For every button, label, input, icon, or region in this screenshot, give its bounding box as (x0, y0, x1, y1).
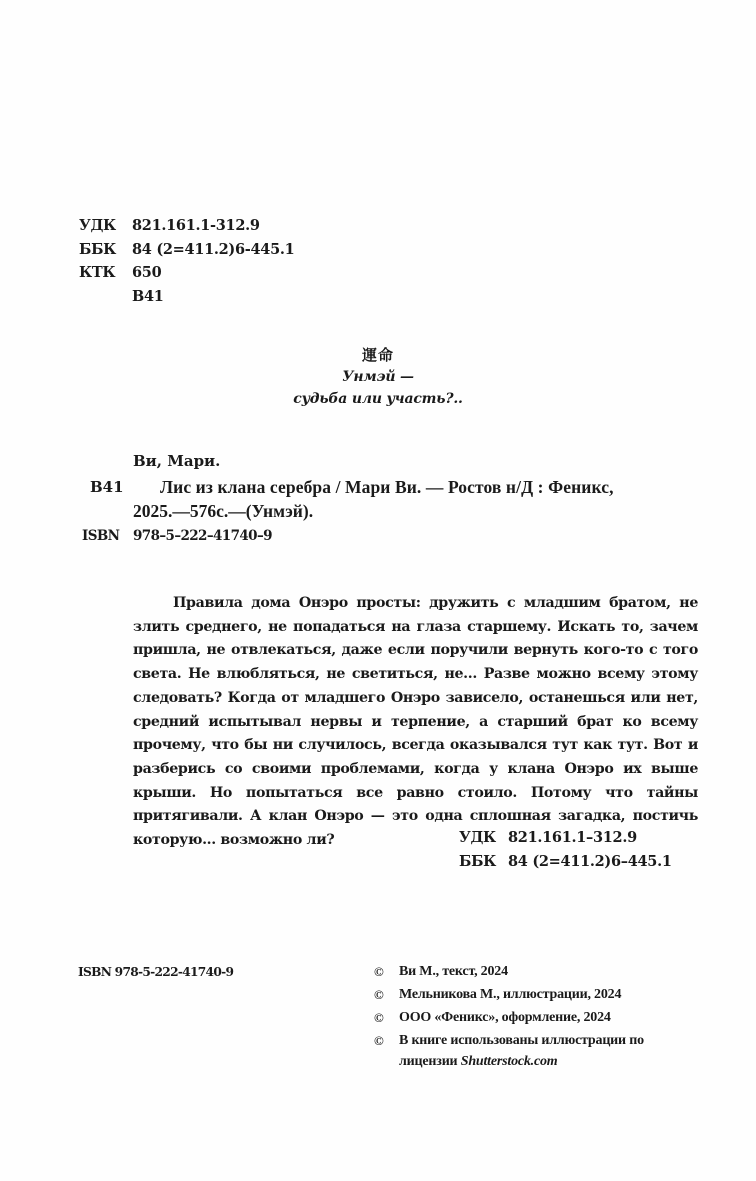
annotation-paragraph: Правила дома Онэро просты: дружить с мла… (133, 592, 698, 853)
bib-author-code: В41 (90, 476, 124, 498)
bbk-row: ББК 84 (2=411.2)6-445.1 (79, 238, 294, 262)
author-mark-row: В41 (79, 285, 294, 309)
series-name: Унмэй — (0, 366, 756, 388)
udk-row-bottom: УДК 821.161.1–312.9 (459, 826, 672, 850)
copyright-item-design: © ООО «Феникс», оформление, 2024 (374, 1007, 704, 1028)
bbk-label: ББК (79, 238, 132, 262)
copyright-text: Мельникова М., иллюстрации, 2024 (399, 984, 704, 1005)
copyright-item-illustrations: © Мельникова М., иллюстрации, 2024 (374, 984, 704, 1005)
copyright-list: © Ви М., текст, 2024 © Мельникова М., ил… (374, 961, 704, 1074)
ktk-row: КТК 650 (79, 261, 294, 285)
license-source: Shutterstock.com (461, 1054, 558, 1069)
copyright-item-text: © Ви М., текст, 2024 (374, 961, 704, 982)
bbk-value-bottom: 84 (2=411.2)6–445.1 (508, 850, 672, 874)
ktk-label: КТК (79, 261, 132, 285)
bbk-row-bottom: ББК 84 (2=411.2)6–445.1 (459, 850, 672, 874)
udk-label-bottom: УДК (459, 826, 508, 850)
bottom-isbn: ISBN 978-5-222-41740-9 (78, 962, 233, 982)
series-kanji: 運命 (0, 344, 756, 366)
bib-title-line: Лис из клана серебра / Мари Ви. — Ростов… (160, 476, 614, 498)
copyright-icon: © (374, 961, 399, 982)
copyright-icon: © (374, 1030, 399, 1072)
bib-author: Ви, Мари. (133, 450, 220, 472)
series-subtitle: судьба или участь?.. (0, 388, 756, 410)
isbn-value: 978–5–222–41740–9 (133, 528, 272, 544)
classification-block-top: УДК 821.161.1-312.9 ББК 84 (2=411.2)6-44… (79, 214, 294, 308)
copyright-icon: © (374, 1007, 399, 1028)
udk-value-bottom: 821.161.1–312.9 (508, 826, 637, 850)
copyright-text: ООО «Феникс», оформление, 2024 (399, 1007, 704, 1028)
bib-imprint-line: 2025.—576с.—(Унмэй). (133, 500, 313, 522)
udk-label: УДК (79, 214, 132, 238)
isbn-label: ISBN (82, 525, 133, 547)
bbk-label-bottom: ББК (459, 850, 508, 874)
copyright-text: В книге использованы иллюстрации по лице… (399, 1030, 704, 1072)
series-title: 運命 Унмэй — судьба или участь?.. (0, 344, 756, 410)
ktk-value: 650 (132, 261, 161, 285)
author-mark-label (79, 285, 132, 309)
copyright-item-license: © В книге использованы иллюстрации по ли… (374, 1030, 704, 1072)
udk-value: 821.161.1-312.9 (132, 214, 260, 238)
bbk-value: 84 (2=411.2)6-445.1 (132, 238, 294, 262)
udk-row: УДК 821.161.1-312.9 (79, 214, 294, 238)
author-mark-value: В41 (132, 285, 164, 309)
copyright-icon: © (374, 984, 399, 1005)
classification-block-bottom: УДК 821.161.1–312.9 ББК 84 (2=411.2)6–44… (459, 826, 672, 873)
bib-isbn: ISBN978–5–222–41740–9 (82, 525, 272, 547)
copyright-text: Ви М., текст, 2024 (399, 961, 704, 982)
